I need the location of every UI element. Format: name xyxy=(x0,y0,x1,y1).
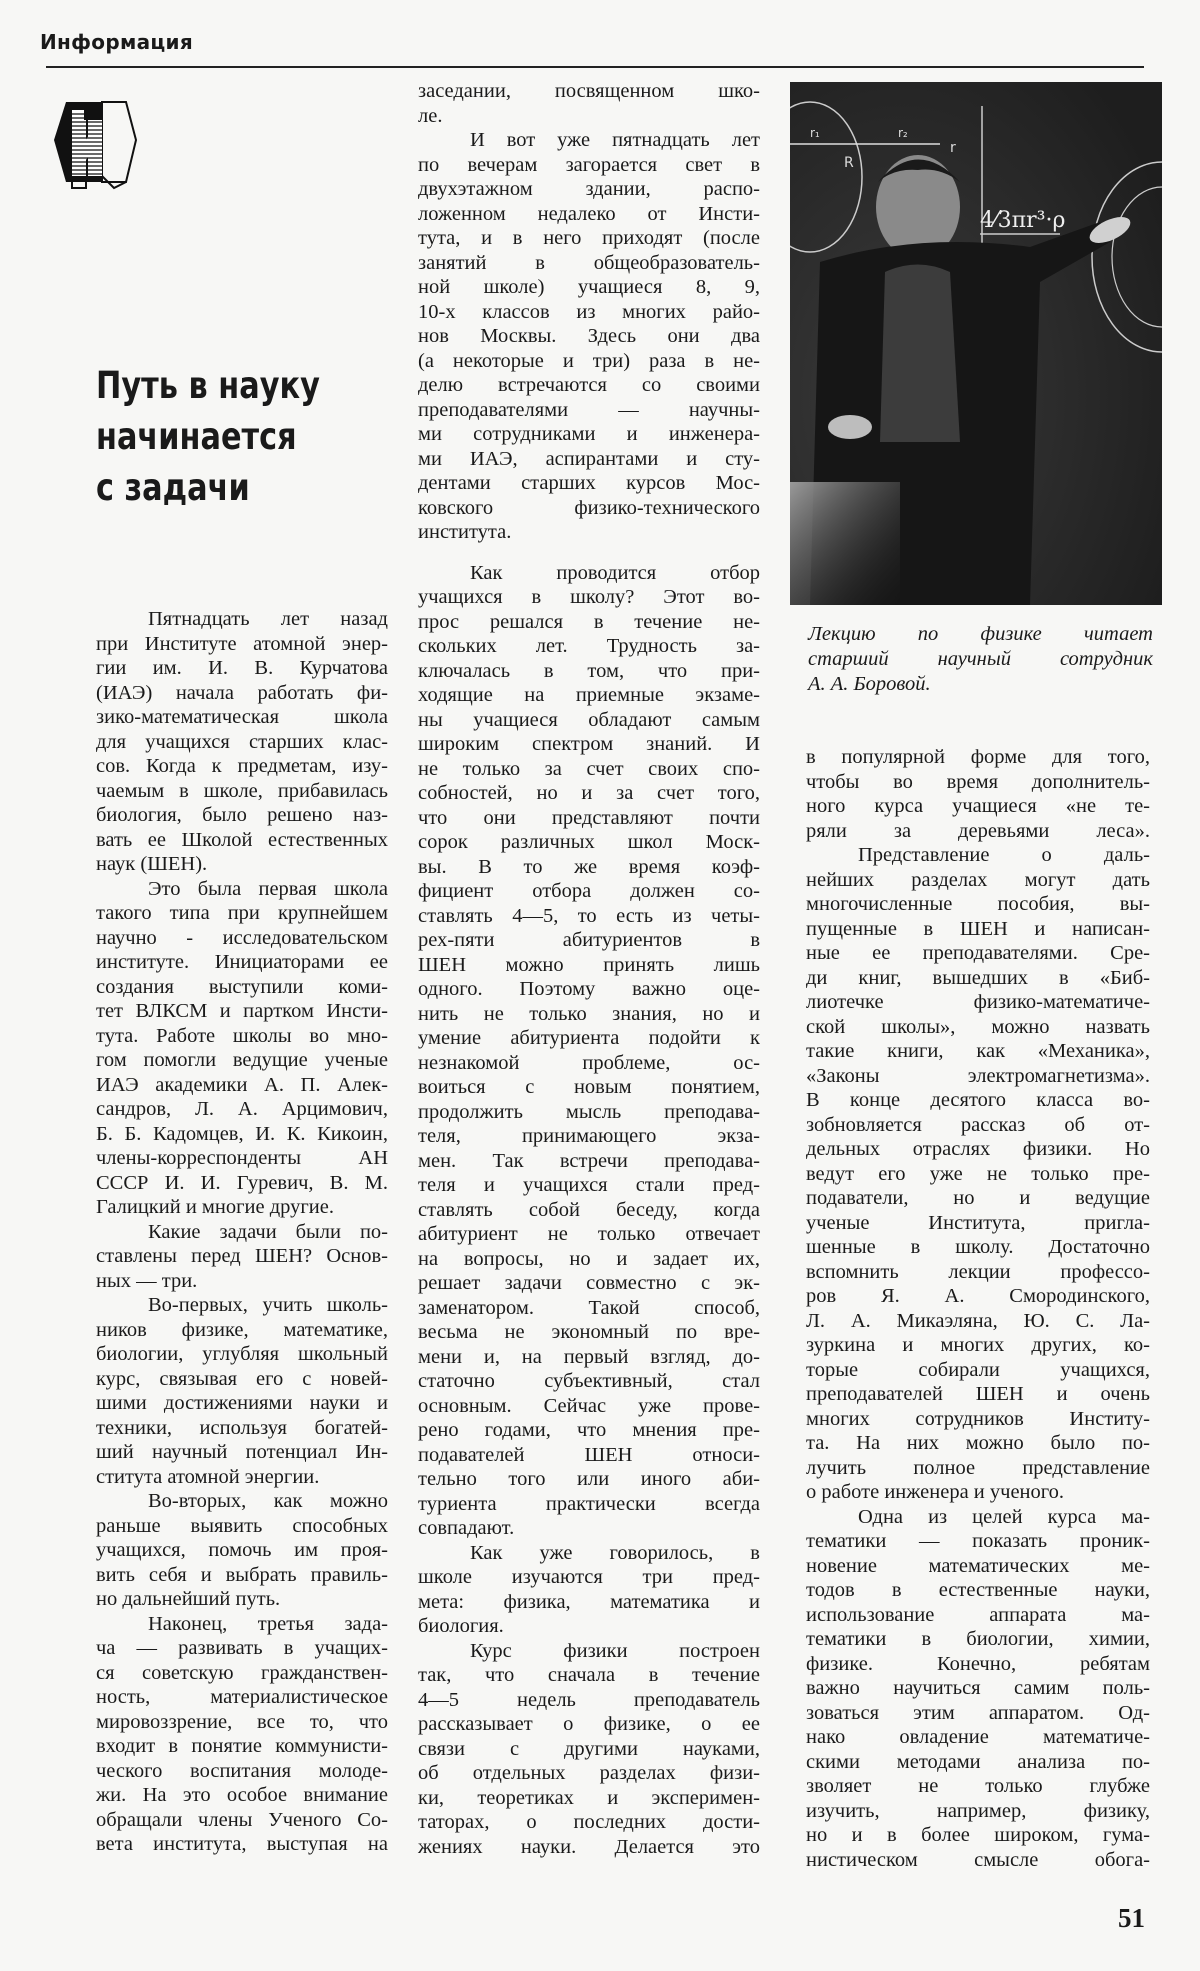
text-line: чаемым в школе, прибавилась xyxy=(96,779,388,804)
text-line: двухэтажном здании, распо- xyxy=(418,177,760,202)
svg-text:4⁄3πr³·ρ: 4⁄3πr³·ρ xyxy=(980,208,1065,233)
text-line: рассказывает о физике, о ее xyxy=(418,1712,760,1737)
text-line: тельно того или иного аби- xyxy=(418,1467,760,1492)
text-line: входит в понятие коммунисти- xyxy=(96,1734,388,1759)
text-line: ми сотрудниками и инженера- xyxy=(418,422,760,447)
text-line: школе изучаются три пред- xyxy=(418,1565,760,1590)
text-line: ческого воспитания молоде- xyxy=(96,1759,388,1784)
text-line: ставлять собой беседу, когда xyxy=(418,1198,760,1223)
text-line: биология. xyxy=(418,1614,760,1639)
text-line xyxy=(418,545,760,561)
svg-text:R: R xyxy=(844,155,854,171)
text-line: незнакомой проблеме, ос- xyxy=(418,1051,760,1076)
text-line: многочисленные пособия, вы- xyxy=(806,892,1150,917)
text-line: Как уже говорилось, в xyxy=(418,1541,760,1566)
text-line: одного. Поэтому важно оце- xyxy=(418,977,760,1002)
text-line: теля, принимающего экза- xyxy=(418,1124,760,1149)
caption-line: А. А. Боровой. xyxy=(808,672,1153,697)
text-line: Б. Б. Кадомцев, И. К. Кикоин, xyxy=(96,1122,388,1147)
text-line: Во-вторых, как можно xyxy=(96,1489,388,1514)
text-line: вспомнить лекции профессо- xyxy=(806,1260,1150,1285)
text-line: прос решался в течение не- xyxy=(418,610,760,635)
text-line: в популярной форме для того, xyxy=(806,745,1150,770)
text-line: зволяет не только глубже xyxy=(806,1774,1150,1799)
title-line: с задачи xyxy=(96,462,320,513)
text-line: ность, материалистическое xyxy=(96,1685,388,1710)
text-line: ны учащиеся обладают самым xyxy=(418,708,760,733)
text-line: ного курса учащиеся «не те- xyxy=(806,794,1150,819)
text-line: ститута атомной энергии. xyxy=(96,1465,388,1490)
lecture-photo: r₁ r₂ r R 4⁄3πr³·ρ ε₁ xyxy=(790,82,1162,605)
text-line: изучить, например, физику, xyxy=(806,1799,1150,1824)
text-line: раньше выявить способных xyxy=(96,1514,388,1539)
text-line: пущенные в ШЕН и написан- xyxy=(806,917,1150,942)
text-line: связи с другими науками, xyxy=(418,1737,760,1762)
text-line: ле. xyxy=(418,104,760,129)
text-line: института. xyxy=(418,520,760,545)
text-line: ключалась в том, что при- xyxy=(418,659,760,684)
text-line: вать ее Школой естественных xyxy=(96,828,388,853)
text-line: вета института, выступая на xyxy=(96,1832,388,1857)
text-line: учащихся в школу? Этот во- xyxy=(418,585,760,610)
text-line: научно - исследовательском xyxy=(96,926,388,951)
text-line: Представление о даль- xyxy=(806,843,1150,868)
text-line: ший научный потенциал Ин- xyxy=(96,1440,388,1465)
text-line: при Институте атомной энер- xyxy=(96,632,388,657)
text-line: нако овладение математиче- xyxy=(806,1725,1150,1750)
text-line: но и в более широком, гума- xyxy=(806,1823,1150,1848)
text-line: биологии, углубляя школьный xyxy=(96,1342,388,1367)
text-line: ряли за деревьями леса». xyxy=(806,819,1150,844)
text-line: члены-корреспонденты АН xyxy=(96,1146,388,1171)
text-line: решает задачи совместно с эк- xyxy=(418,1271,760,1296)
text-line: мировоззрение, все то, что xyxy=(96,1710,388,1735)
text-line: заменатором. Такой способ, xyxy=(418,1296,760,1321)
text-line: мен. Так встречи преподава- xyxy=(418,1149,760,1174)
text-line: ных — три. xyxy=(96,1269,388,1294)
text-line: тута. Работе школы во мно- xyxy=(96,1024,388,1049)
text-line: таторах, о последних дости- xyxy=(418,1810,760,1835)
svg-text:r₂: r₂ xyxy=(898,126,908,140)
text-line: статочно субъективный, стал xyxy=(418,1369,760,1394)
text-line: туриента практически всегда xyxy=(418,1492,760,1517)
text-line: нов Москвы. Здесь они два xyxy=(418,324,760,349)
text-line: подавателей ШЕН относи- xyxy=(418,1443,760,1468)
text-line: Одна из целей курса ма- xyxy=(806,1505,1150,1530)
text-line: ложенном недалеко от Инсти- xyxy=(418,202,760,227)
text-line: ки, теоретиках и эксперимен- xyxy=(418,1786,760,1811)
text-line: теля и учащихся стали пред- xyxy=(418,1173,760,1198)
text-line: 10-х классов из многих райо- xyxy=(418,300,760,325)
text-line: техники, используя богатей- xyxy=(96,1416,388,1441)
text-line: Курс физики построен xyxy=(418,1639,760,1664)
text-line: нить не только знания, но и xyxy=(418,1002,760,1027)
text-line: институте. Инициаторами ее xyxy=(96,950,388,975)
text-line: ученые Института, пригла- xyxy=(806,1211,1150,1236)
text-line: лиотечке физико-математиче- xyxy=(806,990,1150,1015)
text-line: дентами старших курсов Мос- xyxy=(418,471,760,496)
text-line: тодов в естественные науки, xyxy=(806,1578,1150,1603)
text-line: Галицкий и многие другие. xyxy=(96,1195,388,1220)
text-line: 4—5 недель преподаватель xyxy=(418,1688,760,1713)
text-line: Л. А. Микаэляна, Ю. С. Ла- xyxy=(806,1309,1150,1334)
text-line: тематики в биологии, химии, xyxy=(806,1627,1150,1652)
page-number: 51 xyxy=(1118,1903,1145,1934)
text-line: мета: физика, математика и xyxy=(418,1590,760,1615)
lecturer-at-blackboard-image: r₁ r₂ r R 4⁄3πr³·ρ ε₁ xyxy=(790,82,1162,605)
text-line: ные ее преподавателями. Сре- xyxy=(806,941,1150,966)
text-line: мени и, на первый взгляд, до- xyxy=(418,1345,760,1370)
text-line: ной школе) учащиеся 8, 9, xyxy=(418,275,760,300)
text-line: зобновляется рассказ об от- xyxy=(806,1113,1150,1138)
text-line: не только за счет своих спо- xyxy=(418,757,760,782)
text-line: что они представляют почти xyxy=(418,806,760,831)
text-line: вить себя и выбрать правиль- xyxy=(96,1563,388,1588)
text-line: преподавателей ШЕН и очень xyxy=(806,1382,1150,1407)
text-line: многих сотрудников Институ- xyxy=(806,1407,1150,1432)
text-line: абитуриент не только отвечает xyxy=(418,1222,760,1247)
text-line: ди книг, вышедших в «Биб- xyxy=(806,966,1150,991)
caption-line: старший научный сотрудник xyxy=(808,647,1153,672)
svg-text:r: r xyxy=(950,140,956,156)
text-line: рено годами, что мнения пре- xyxy=(418,1418,760,1443)
text-column-1: Пятнадцать лет назадпри Институте атомно… xyxy=(96,607,388,1857)
text-line: Как проводится отбор xyxy=(418,561,760,586)
text-line: зуркина и многих других, ко- xyxy=(806,1333,1150,1358)
text-line: та. На них можно было по- xyxy=(806,1431,1150,1456)
text-line: ставлять 4—5, то есть из четы- xyxy=(418,904,760,929)
text-line: учащихся, помочь им проя- xyxy=(96,1538,388,1563)
text-line: биология, было решено наз- xyxy=(96,803,388,828)
text-line: чтобы во время дополнитель- xyxy=(806,770,1150,795)
text-line: Это была первая школа xyxy=(96,877,388,902)
text-line: ча — развивать в учащих- xyxy=(96,1636,388,1661)
text-line: ников физике, математике, xyxy=(96,1318,388,1343)
text-line: тута, и в него приходят (после xyxy=(418,226,760,251)
text-column-3: в популярной форме для того,чтобы во вре… xyxy=(806,745,1150,1872)
text-line: так, что сначала в течение xyxy=(418,1663,760,1688)
title-line: Путь в науку xyxy=(96,360,320,411)
text-line: продолжить мысль преподава- xyxy=(418,1100,760,1125)
text-line: весьма не экономный по вре- xyxy=(418,1320,760,1345)
text-line: ров Я. А. Смородинского, xyxy=(806,1284,1150,1309)
text-line: использование аппарата ма- xyxy=(806,1603,1150,1628)
text-line: скольких лет. Трудность за- xyxy=(418,634,760,659)
text-line: ходящие на приемные экзаме- xyxy=(418,683,760,708)
text-line: для учащихся старших клас- xyxy=(96,730,388,755)
text-line: Пятнадцать лет назад xyxy=(96,607,388,632)
text-line: ся советскую гражданствен- xyxy=(96,1661,388,1686)
text-line: В конце десятого класса во- xyxy=(806,1088,1150,1113)
text-line: гии им. И. В. Курчатова xyxy=(96,656,388,681)
text-line: торые собирали учащихся, xyxy=(806,1358,1150,1383)
text-line: об отдельных разделах физи- xyxy=(418,1761,760,1786)
text-line: создания выступили коми- xyxy=(96,975,388,1000)
text-line: преподавателями — научны- xyxy=(418,398,760,423)
title-line: начинается xyxy=(96,411,320,462)
text-line: новение математических ме- xyxy=(806,1554,1150,1579)
photo-caption: Лекцию по физике читает старший научный … xyxy=(808,622,1153,697)
text-line: собностей, но и за счет того, xyxy=(418,781,760,806)
text-line: зоваться этим аппаратом. Од- xyxy=(806,1701,1150,1726)
text-line: ШЕН можно принять лишь xyxy=(418,953,760,978)
text-line: важно научиться самим поль- xyxy=(806,1676,1150,1701)
text-line: Во-первых, учить школь- xyxy=(96,1293,388,1318)
text-line: Какие задачи были по- xyxy=(96,1220,388,1245)
text-line: совпадают. xyxy=(418,1516,760,1541)
text-line: ставлены перед ШЕН? Основ- xyxy=(96,1244,388,1269)
text-line: сорок различных школ Моск- xyxy=(418,830,760,855)
text-line: шенные в школу. Достаточно xyxy=(806,1235,1150,1260)
text-line: сандров, Л. А. Арцимович, xyxy=(96,1097,388,1122)
text-line: сов. Когда к предметам, изу- xyxy=(96,754,388,779)
text-line: курс, связывая его с новей- xyxy=(96,1367,388,1392)
text-line: но дальнейший путь. xyxy=(96,1587,388,1612)
text-line: подаватели, но и ведущие xyxy=(806,1186,1150,1211)
article-title: Путь в науку начинается с задачи xyxy=(96,360,320,513)
text-line: ковского физико-технического xyxy=(418,496,760,521)
text-line: занятий в общеобразователь- xyxy=(418,251,760,276)
text-line: широким спектром знаний. И xyxy=(418,732,760,757)
text-line: СССР И. И. Гуревич, В. М. xyxy=(96,1171,388,1196)
header-rule xyxy=(46,66,1144,68)
svg-text:r₁: r₁ xyxy=(810,126,820,140)
text-line: жи. На это особое внимание xyxy=(96,1783,388,1808)
information-logo-icon xyxy=(44,88,148,196)
text-line: дельных отраслях физики. Но xyxy=(806,1137,1150,1162)
text-line: ИАЭ академики А. П. Алек- xyxy=(96,1073,388,1098)
text-line: обращали члены Ученого Со- xyxy=(96,1808,388,1833)
text-line: Наконец, третья зада- xyxy=(96,1612,388,1637)
text-line: тематики — показать проник- xyxy=(806,1529,1150,1554)
text-line: нистическом смысле обога- xyxy=(806,1848,1150,1873)
text-line: гом помогли ведущие ученые xyxy=(96,1048,388,1073)
text-line: наук (ШЕН). xyxy=(96,852,388,877)
text-line: такого типа при крупнейшем xyxy=(96,901,388,926)
text-line: о работе инженера и ученого. xyxy=(806,1480,1150,1505)
text-line: (а некоторые и три) раза в не- xyxy=(418,349,760,374)
text-line: тет ВЛКСМ и партком Инсти- xyxy=(96,999,388,1024)
text-line: фициент отбора должен со- xyxy=(418,879,760,904)
text-column-2: заседании, посвященном шко-ле.И вот уже … xyxy=(418,79,760,1859)
text-line: физике. Конечно, ребятам xyxy=(806,1652,1150,1677)
section-label: Информация xyxy=(40,30,193,54)
text-line: И вот уже пятнадцать лет xyxy=(418,128,760,153)
text-line: лучить полное представление xyxy=(806,1456,1150,1481)
text-line: зико-математическая школа xyxy=(96,705,388,730)
text-line: на вопросы, но и задает их, xyxy=(418,1247,760,1272)
text-line: «Законы электромагнетизма». xyxy=(806,1064,1150,1089)
caption-line: Лекцию по физике читает xyxy=(808,622,1153,647)
text-line: скими методами анализа по- xyxy=(806,1750,1150,1775)
text-line: шими достижениями науки и xyxy=(96,1391,388,1416)
text-line: ской школы», можно назвать xyxy=(806,1015,1150,1040)
text-line: жениях науки. Делается это xyxy=(418,1835,760,1860)
text-line: рех-пяти абитуриентов в xyxy=(418,928,760,953)
text-line: такие книги, как «Механика», xyxy=(806,1039,1150,1064)
text-line: делю встречаются со своими xyxy=(418,373,760,398)
text-line: по вечерам загорается свет в xyxy=(418,153,760,178)
text-line: умение абитуриента подойти к xyxy=(418,1026,760,1051)
text-line: воиться с новым понятием, xyxy=(418,1075,760,1100)
text-line: нейших разделах могут дать xyxy=(806,868,1150,893)
text-line: заседании, посвященном шко- xyxy=(418,79,760,104)
text-line: ми ИАЭ, аспирантами и сту- xyxy=(418,447,760,472)
text-line: основным. Сейчас уже прове- xyxy=(418,1394,760,1419)
text-line: (ИАЭ) начала работать фи- xyxy=(96,681,388,706)
text-line: вы. В то же время коэф- xyxy=(418,855,760,880)
text-line: ведут его уже не только пре- xyxy=(806,1162,1150,1187)
